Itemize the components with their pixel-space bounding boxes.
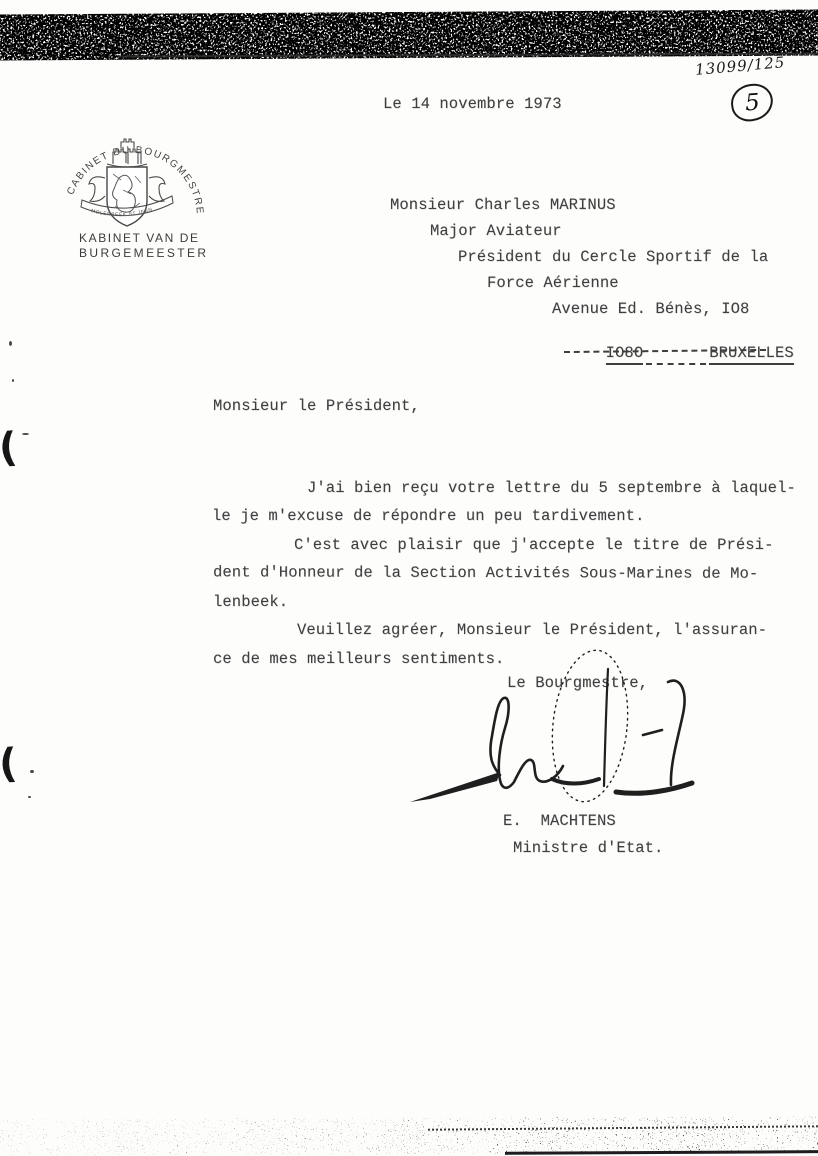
- salutation: Monsieur le Président,: [213, 397, 420, 415]
- recipient-line-5: Avenue Ed. Bénès, IO8: [552, 300, 749, 318]
- date-line: Le 14 novembre 1973: [383, 95, 562, 113]
- body-line-6: Veuillez agréer, Monsieur le Président, …: [297, 621, 767, 639]
- ink-speck: [9, 341, 12, 346]
- ink-speck: [30, 770, 34, 773]
- body-line-5: lenbeek.: [213, 593, 288, 611]
- city-name: BRUXELLES: [709, 344, 794, 365]
- body-line-3: C'est avec plaisir que j'accepte le titr…: [294, 536, 773, 554]
- signature-right-loop: [668, 681, 685, 785]
- signer-role: Ministre d'Etat.: [513, 839, 663, 857]
- ink-speck: [28, 796, 31, 798]
- signature-underline-right: [616, 783, 692, 793]
- recipient-line-4: Force Aérienne: [487, 274, 619, 292]
- punch-hole-mark-bottom: (: [0, 744, 18, 785]
- signature-dash: [643, 730, 662, 735]
- bottom-noise-texture: [0, 1117, 818, 1156]
- signature-underline-mid: [552, 779, 599, 784]
- kabinet-line-2: BURGEMEESTER: [79, 246, 208, 260]
- postal-code: IO8O: [606, 344, 644, 365]
- recipient-line-1: Monsieur Charles MARINUS: [390, 196, 616, 214]
- recipient-line-2: Major Aviateur: [430, 222, 562, 240]
- recipient-city-line: IO8O BRUXELLES: [568, 326, 794, 383]
- scanned-letter-page: 13099/125 5 Le 14 novembre 1973 CABINET …: [0, 0, 818, 1156]
- body-line-4: dent d'Honneur de la Section Activités S…: [213, 563, 758, 582]
- signature-vertical-stroke: [604, 669, 608, 786]
- kabinet-line-1: KABINET VAN DE: [79, 231, 200, 245]
- circled-page-number: 5: [729, 81, 776, 123]
- ink-speck: [12, 379, 14, 382]
- body-line-2: le je m'excuse de répondre un peu tardiv…: [212, 507, 644, 525]
- bourgmestre-stamp: CABINET DU BOURGMESTRE MOLENBEEK ST JEAN: [55, 118, 220, 243]
- city-line-dash-gap: [646, 361, 706, 365]
- stamp-ribbon-left: [89, 177, 105, 202]
- page-number: 5: [744, 89, 760, 116]
- signer-name: E. MACHTENS: [503, 812, 616, 830]
- ink-speck: [22, 433, 29, 435]
- punch-hole-mark-top: (: [0, 427, 19, 468]
- signature-scrawl: [400, 638, 700, 808]
- body-line-1: J'ai bien reçu votre lettre du 5 septemb…: [307, 479, 796, 497]
- recipient-line-3: Président du Cercle Sportif de la: [458, 248, 768, 266]
- signature-tail: [410, 772, 500, 802]
- stamp-ribbon-right: [149, 177, 165, 202]
